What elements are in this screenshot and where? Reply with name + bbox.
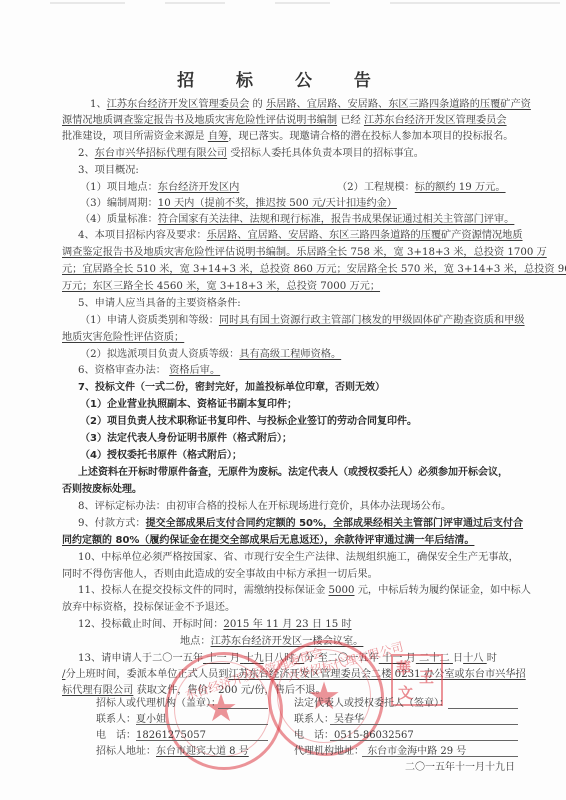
paragraph-4-line-2: 调查鉴定报告书及地质灾害危险性评估说明书编制。乐居路全长 758 米，宽 3+1… [62,246,547,259]
page-title: 招 标 公 告 [0,66,566,91]
paragraph-7-heading: 7、投标文件（一式二份，密封完好，加盖投标单位印章，否则无效） [78,381,385,394]
paragraph-11-line-1: 11、投标人在提交投标文件的同时，需缴纳投标保证金 5000 元，中标后转为履约… [78,584,531,597]
signature-line [330,724,518,725]
signature-line [330,740,518,741]
paragraph-8: 8、评标定标办法：由初审合格的投标人在开标现场进行竞价，具体办法现场公布。 [78,500,451,513]
bid-doc-1: （1）企业营业执照副本、资格证书副本复印件； [80,398,297,411]
paragraph-6: 6、资格审查办法： 资格后审。 [78,364,220,377]
qualification-1-cont: 地质灾害危险性评估资质； [62,331,184,344]
signature-line [136,724,268,725]
qualification-2: （2）拟选派项目负责人资质等级：具有高级工程师资格。 [80,348,341,361]
paragraph-4-line-1: 4、本项目招标内容及要求：乐居路、宜居路、安居路、东区三路四条道路的压覆矿产资源… [78,229,523,242]
paragraph-10-line-1: 10、中标单位必须严格按国家、省、市现行安全生产法律、法规组织施工，确保安全生产… [78,551,519,564]
paragraph-1-line-2: 源情况地质调查鉴定报告书及地质灾害危险性评估说明书编制 已经 江苏东台经济开发区… [62,114,507,127]
project-quality: （4）质量标准：符合国家有关法律、法规和现行标准，报告书成果保证通过相关主管部门… [80,213,514,226]
paragraph-10-line-2: 同时不得伤害他人，否则由此造成的安全事故由中标方承担一切后果。 [62,568,378,581]
paragraph-5-heading: 5、申请人应当具备的主要资格条件: [78,297,241,310]
signature-line [218,708,268,709]
signature-line [362,756,518,757]
signature-line [136,740,268,741]
fund-source: 自筹 [208,131,228,142]
paragraph-7-note-2: 否则按废标处理。 [62,483,142,496]
project-location: （1）项目地点：东台经济开发区内 [80,181,239,194]
paragraph-4-line-4: 万元；东区三路全长 4560 米，宽 3+18+3 米，总投资 7000 万元； [62,280,380,293]
tenderer-org-label: 招标人或代理机构（盖章）： [96,697,221,710]
project-scale: （2）工程规模：标的额约 19 万元。 [337,181,506,194]
tenderer-name: 江苏东台经济开发区管理委员会 [107,99,250,110]
tenderer-address: 招标人地址：东台市迎宾大道 8 号 [96,745,249,758]
bid-doc-3: （3）法定代表人身份证明书原件（格式附后）； [80,432,292,445]
paragraph-9-line-1: 9、付款方式：提交全部成果后支付合同约定额的 50%，全部成果经相关主管部门评审… [78,517,523,530]
bid-doc-4: （4）授权委托书原件（格式附后）； [80,449,242,462]
representative-label: 法定代表人或授权委托人（签章）： [294,697,449,710]
agent-name: 东台市兴华招标代理有限公司 [95,148,227,159]
paragraph-12-time: 12、投标截止时间、开标时间：2015 年 11 月 23 日 15 时 [78,618,352,631]
approver-name: 江苏东台经济开发区管理委员会 [364,115,507,126]
paragraph-2: 2、东台市兴华招标代理有限公司 受招标人委托具体负责本项目的招标事宜。 [78,147,424,160]
scan-artifact [40,2,566,8]
project-name: 乐居路、宜居路、安居路、东区三路四条道路的压覆矿产资 [266,99,531,110]
paragraph-1-line-3: 批准建设，项目所需资金来源是 自筹，现已落实。现邀请合格的潜在投标人参加本项目的… [62,130,514,143]
paragraph-4-line-3: 元；宜居路全长 510 米，宽 3+14+3 米，总投资 860 万元；安居路全… [62,263,566,276]
qualification-1: （1）申请人资质类别和等级：同时具有国土资源行政主管部门核发的甲级固体矿产勘查资… [80,314,525,327]
project-period: （3）编制周期：10 天内（提前不奖，推迟按 500 元/天计扣违约金） [80,197,397,210]
paragraph-3-heading: 3、项目概况: [78,164,139,177]
paragraph-11-line-2: 放弃中标资格，投标保证金不予退还。 [62,601,235,614]
paragraph-7-note-1: 上述资料在开标时带原件备查，无原件为废标。法定代表人（或授权委托人）必须参加开标… [78,466,508,479]
bid-doc-2: （2）项目负责人技术职称证书复印件、与投标企业签订的劳动合同复印件。 [80,415,417,428]
announcement-date: 二〇一五年十一月十九日 [405,761,515,774]
paragraph-1-line-1: 1、江苏东台经济开发区管理委员会 的 乐居路、宜居路、安居路、东区三路四条道路的… [90,98,531,111]
signature-line [448,708,518,709]
paragraph-9-line-2: 同约定额的 80%（履约保证金在提交全部成果后无息返还），余款待评审通过满一年后… [62,534,474,547]
deposit-amount: 5000 [329,585,355,596]
